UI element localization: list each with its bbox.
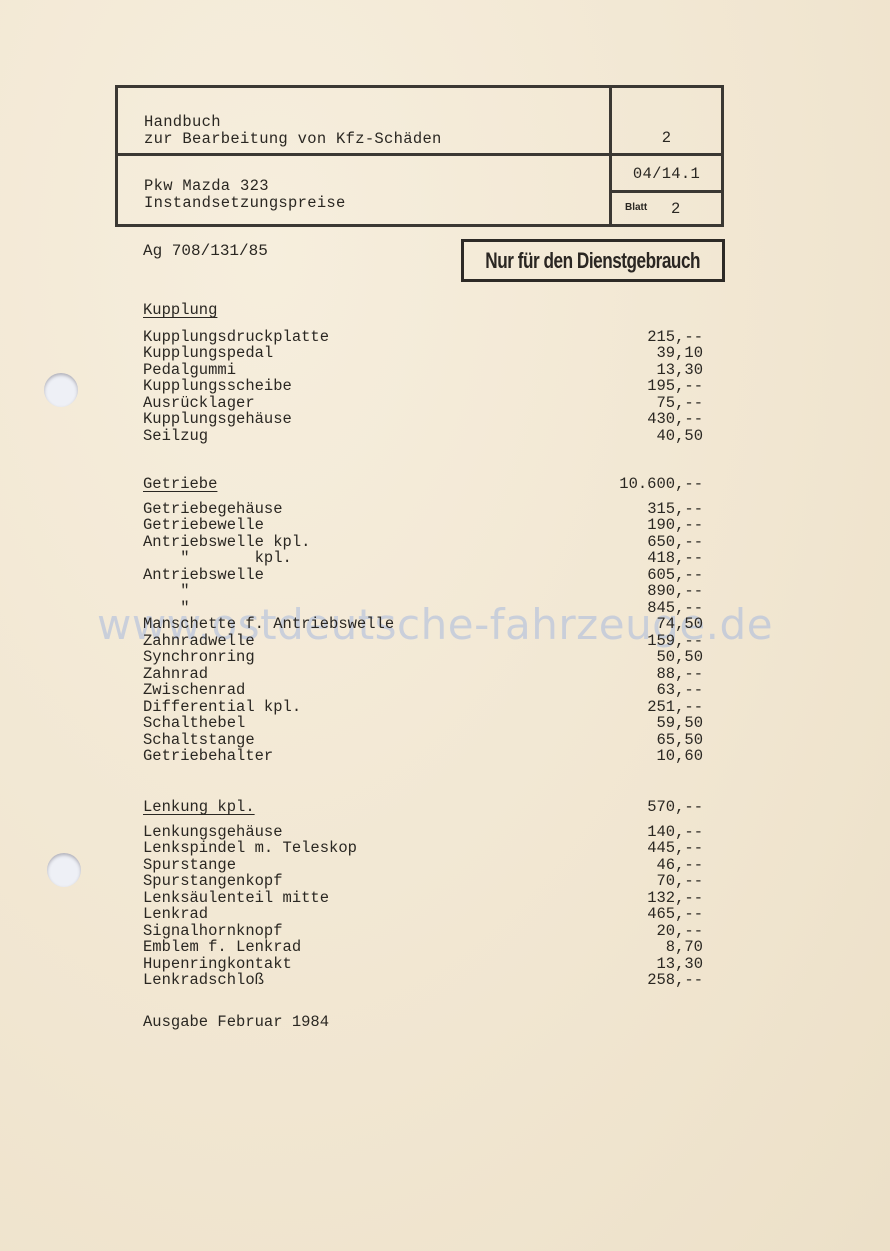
list-item: Kupplungsdruckplatte215,-- — [143, 329, 703, 346]
list-item: Antriebswelle kpl.650,-- — [143, 534, 703, 551]
section-total: 570,-- — [647, 799, 703, 816]
stamp-text: Nur für den Dienstgebrauch — [486, 248, 701, 274]
list-item: Schalthebel59,50 — [143, 715, 703, 732]
list-item: Spurstangenkopf70,-- — [143, 873, 703, 890]
section-total: 10.600,-- — [619, 476, 703, 493]
section-title: Lenkung kpl. — [143, 799, 255, 816]
sheet-cell: Blatt 2 — [612, 193, 721, 224]
volume-number: 2 — [612, 130, 721, 147]
list-item: Kupplungsgehäuse430,-- — [143, 411, 703, 428]
list-item: Lenksäulenteil mitte132,-- — [143, 890, 703, 907]
list-item: "890,-- — [143, 583, 703, 600]
section-lenkung: Lenkung kpl.570,-- Lenkungsgehäuse140,--… — [143, 799, 703, 989]
list-item: Getriebegehäuse315,-- — [143, 501, 703, 518]
list-item: "845,-- — [143, 600, 703, 617]
reference-number: Ag 708/131/85 — [143, 242, 268, 260]
classification-stamp: Nur für den Dienstgebrauch — [461, 239, 725, 282]
code-cell: 04/14.1 — [612, 156, 721, 193]
title-line-1: Handbuch — [144, 114, 442, 131]
list-item: Signalhornknopf20,-- — [143, 923, 703, 940]
list-item: Getriebewelle190,-- — [143, 517, 703, 534]
list-item: Hupenringkontakt13,30 — [143, 956, 703, 973]
list-item: Seilzug40,50 — [143, 428, 703, 445]
list-item: Lenkrad465,-- — [143, 906, 703, 923]
list-item: Spurstange46,-- — [143, 857, 703, 874]
list-item: Pedalgummi13,30 — [143, 362, 703, 379]
list-item: Kupplungspedal39,10 — [143, 345, 703, 362]
edition-note: Ausgabe Februar 1984 — [143, 1013, 329, 1031]
document-code: 04/14.1 — [612, 166, 721, 183]
sheet-label: Blatt — [625, 202, 647, 213]
list-item: Zahnradwelle159,-- — [143, 633, 703, 650]
list-item: Synchronring50,50 — [143, 649, 703, 666]
list-item: Emblem f. Lenkrad8,70 — [143, 939, 703, 956]
sheet-number: 2 — [671, 201, 681, 218]
list-item: Manschette f. Antriebswelle74,50 — [143, 616, 703, 633]
title-line-2: zur Bearbeitung von Kfz-Schäden — [144, 131, 442, 148]
list-item: Schaltstange65,50 — [143, 732, 703, 749]
list-item: Getriebehalter10,60 — [143, 748, 703, 765]
volume-cell: 2 — [612, 88, 721, 156]
punch-hole-top — [44, 373, 78, 407]
subject-cell: Pkw Mazda 323 Instandsetzungspreise — [118, 156, 612, 224]
title-cell: Handbuch zur Bearbeitung von Kfz-Schäden — [118, 88, 612, 156]
list-item: Lenkspindel m. Teleskop445,-- — [143, 840, 703, 857]
header-box: Handbuch zur Bearbeitung von Kfz-Schäden… — [115, 85, 724, 227]
list-item: Zahnrad88,-- — [143, 666, 703, 683]
subject-line-1: Pkw Mazda 323 — [144, 178, 346, 195]
section-getriebe: Getriebe10.600,-- Getriebegehäuse315,-- … — [143, 476, 703, 765]
section-kupplung: Kupplung Kupplungsdruckplatte215,-- Kupp… — [143, 302, 703, 444]
list-item: Antriebswelle605,-- — [143, 567, 703, 584]
section-title: Getriebe — [143, 476, 217, 493]
section-title: Kupplung — [143, 302, 217, 319]
list-item: Differential kpl.251,-- — [143, 699, 703, 716]
list-item: Lenkradschloß258,-- — [143, 972, 703, 989]
subject-line-2: Instandsetzungspreise — [144, 195, 346, 212]
list-item: Zwischenrad63,-- — [143, 682, 703, 699]
list-item: Lenkungsgehäuse140,-- — [143, 824, 703, 841]
list-item: Ausrücklager75,-- — [143, 395, 703, 412]
list-item: Kupplungsscheibe195,-- — [143, 378, 703, 395]
punch-hole-bottom — [47, 853, 81, 887]
list-item: " kpl.418,-- — [143, 550, 703, 567]
